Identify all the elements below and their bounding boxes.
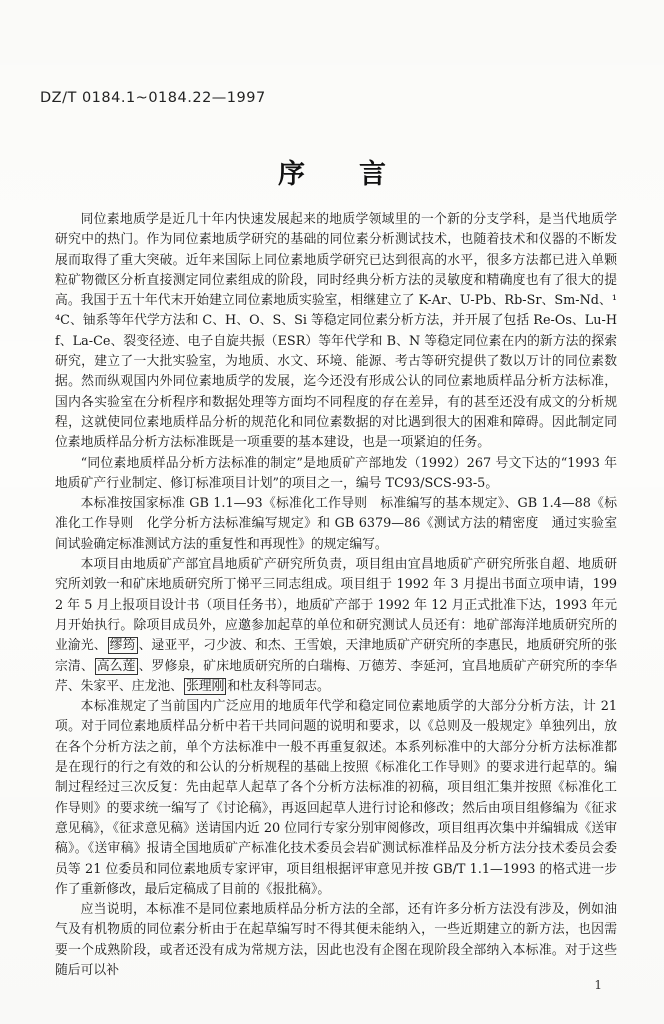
text-run: “同位素地质样品分析方法标准的制定”是地质矿产部地发（1992）267 号文下达… <box>55 456 617 491</box>
document-page: DZ/T 0184.1~0184.22—1997 序 言 同位素地质学是近几十年… <box>0 0 664 1024</box>
boxed-name: 张理刚 <box>184 678 226 695</box>
text-run: 本标准按国家标准 GB 1.1—93《标准化工作导则 标准编写的基本规定》、GB… <box>55 496 617 552</box>
paragraph: 本标准规定了当前国内广泛应用的地质年代学和稳定同位素地质学的大部分分析方法，计 … <box>55 697 617 900</box>
paragraph: 本项目由地质矿产部宜昌地质矿产研究所负责，项目组由宜昌地质矿产研究所张自超、地质… <box>55 555 617 697</box>
text-run: 本标准规定了当前国内广泛应用的地质年代学和稳定同位素地质学的大部分分析方法，计 … <box>55 699 617 897</box>
page-number: 1 <box>594 978 602 992</box>
document-code: DZ/T 0184.1~0184.22—1997 <box>40 90 266 106</box>
paragraph: “同位素地质样品分析方法标准的制定”是地质矿产部地发（1992）267 号文下达… <box>55 454 617 495</box>
boxed-name: 缪筠 <box>108 637 138 654</box>
paragraph: 本标准按国家标准 GB 1.1—93《标准化工作导则 标准编写的基本规定》、GB… <box>55 494 617 555</box>
page-title: 序 言 <box>0 152 664 191</box>
text-run: 和杜友科等同志。 <box>227 679 329 694</box>
text-run: 同位素地质学是近几十年内快速发展起来的地质学领域里的一个新的分支学科，是当代地质… <box>55 212 617 450</box>
text-run: 、罗修泉，矿床地质研究所的白瑞梅、万德芳、李延河，宜昌地质矿产研究所的李华芹、朱… <box>55 659 617 694</box>
boxed-name: 高么莲 <box>95 658 138 675</box>
text-run: 应当说明，本标准不是同位素地质样品分析方法的全部，还有许多分析方法没有涉及，例如… <box>55 902 617 978</box>
paragraph: 同位素地质学是近几十年内快速发展起来的地质学领域里的一个新的分支学科，是当代地质… <box>55 210 617 454</box>
paragraph: 应当说明，本标准不是同位素地质样品分析方法的全部，还有许多分析方法没有涉及，例如… <box>55 900 617 981</box>
preface-body: 同位素地质学是近几十年内快速发展起来的地质学领域里的一个新的分支学科，是当代地质… <box>55 210 617 981</box>
